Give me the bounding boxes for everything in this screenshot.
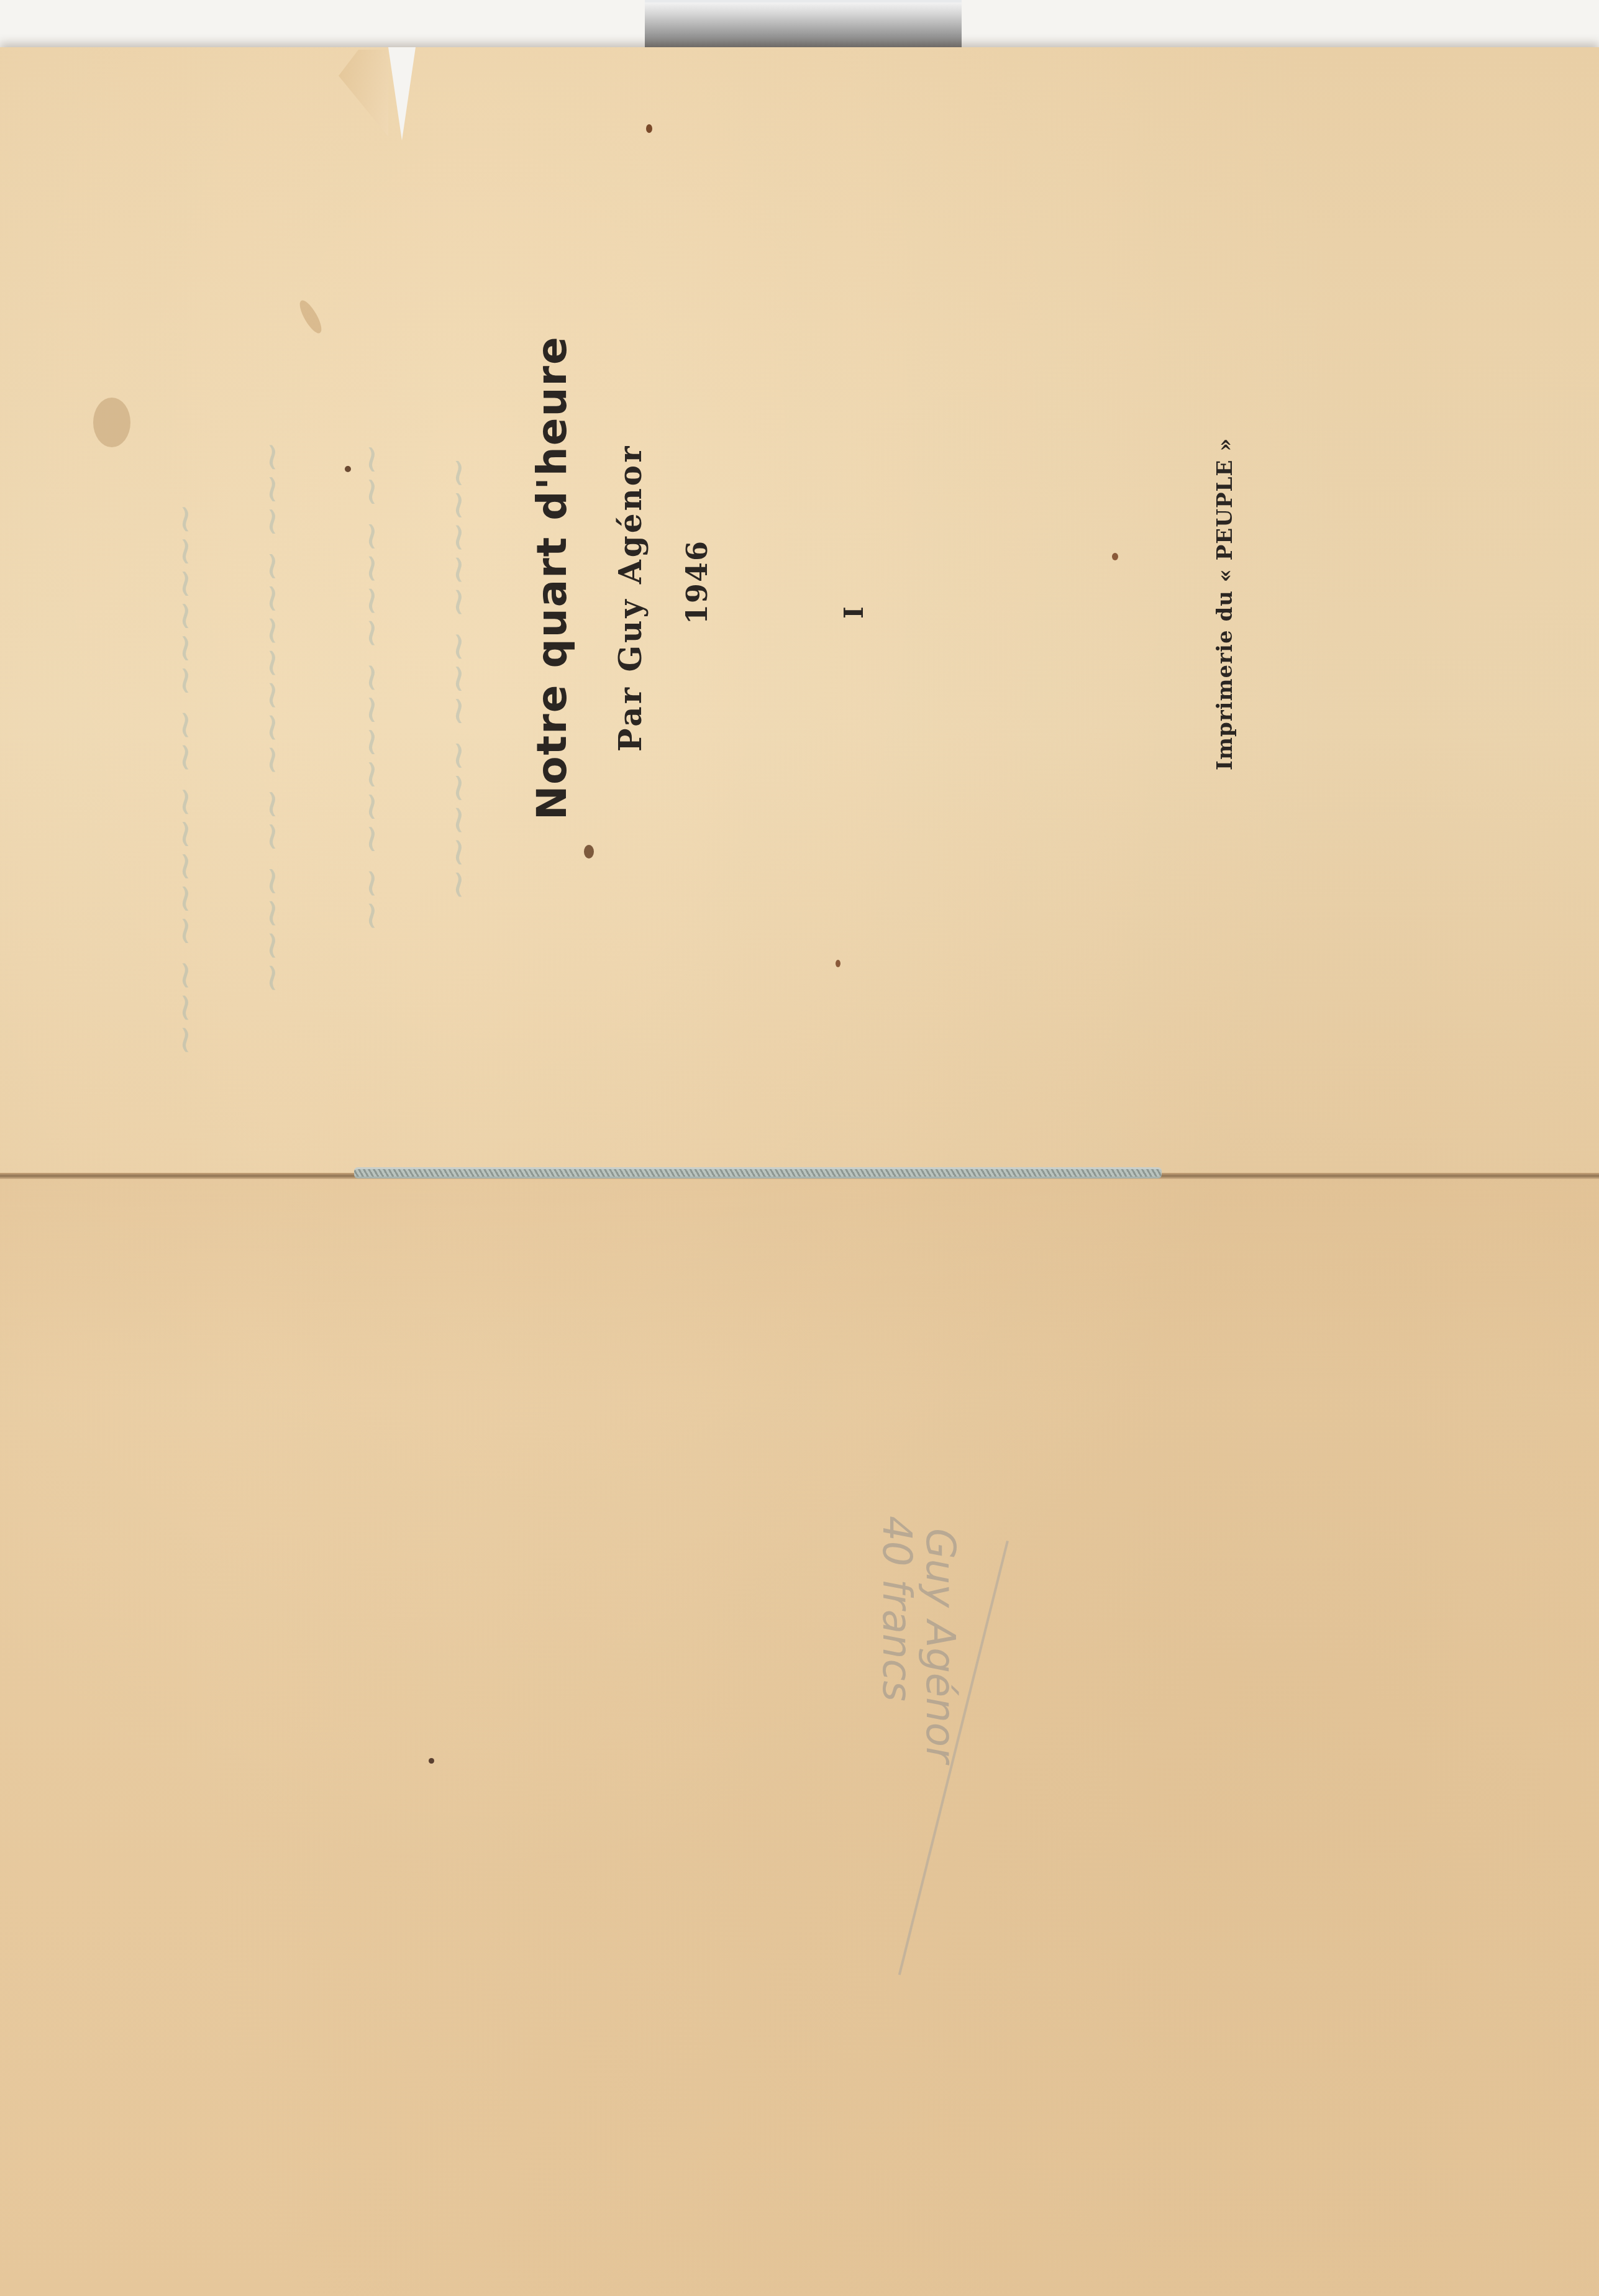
- volume-number: I: [839, 606, 869, 619]
- pencil-note-author: Guy Agénor: [917, 1528, 963, 1763]
- binding-thread: [354, 1167, 1162, 1178]
- cover-title: Notre quart d'heure: [528, 335, 576, 820]
- bleed-through-handwriting: ~~ ~~~~~~ ~~~~ ~~: [348, 444, 393, 932]
- speck: [1112, 553, 1118, 560]
- bleed-through-handwriting: ~~~~~ ~~~ ~~~~~: [435, 457, 480, 901]
- bleed-through-handwriting: ~~~ ~~~~~ ~~ ~~~~~~: [162, 503, 207, 1056]
- back-cover: [0, 1178, 1599, 2296]
- bleed-through-handwriting: ~~~~ ~~ ~~~~~~~ ~~~: [248, 441, 294, 994]
- front-cover: [0, 47, 1599, 1173]
- cover-year: 1946: [680, 540, 714, 624]
- printer-imprint: Imprimerie du « PEUPLE »: [1213, 438, 1237, 770]
- stain: [93, 398, 130, 447]
- speck: [429, 1758, 434, 1764]
- torn-notch: [388, 47, 416, 140]
- cover-author: Par Guy Agénor: [612, 444, 649, 752]
- scanner-lid-clip: [645, 0, 962, 53]
- speck: [584, 845, 594, 859]
- pencil-note-price: 40 francs: [873, 1516, 919, 1701]
- speck: [345, 466, 351, 472]
- speck: [646, 124, 652, 133]
- speck: [836, 960, 840, 967]
